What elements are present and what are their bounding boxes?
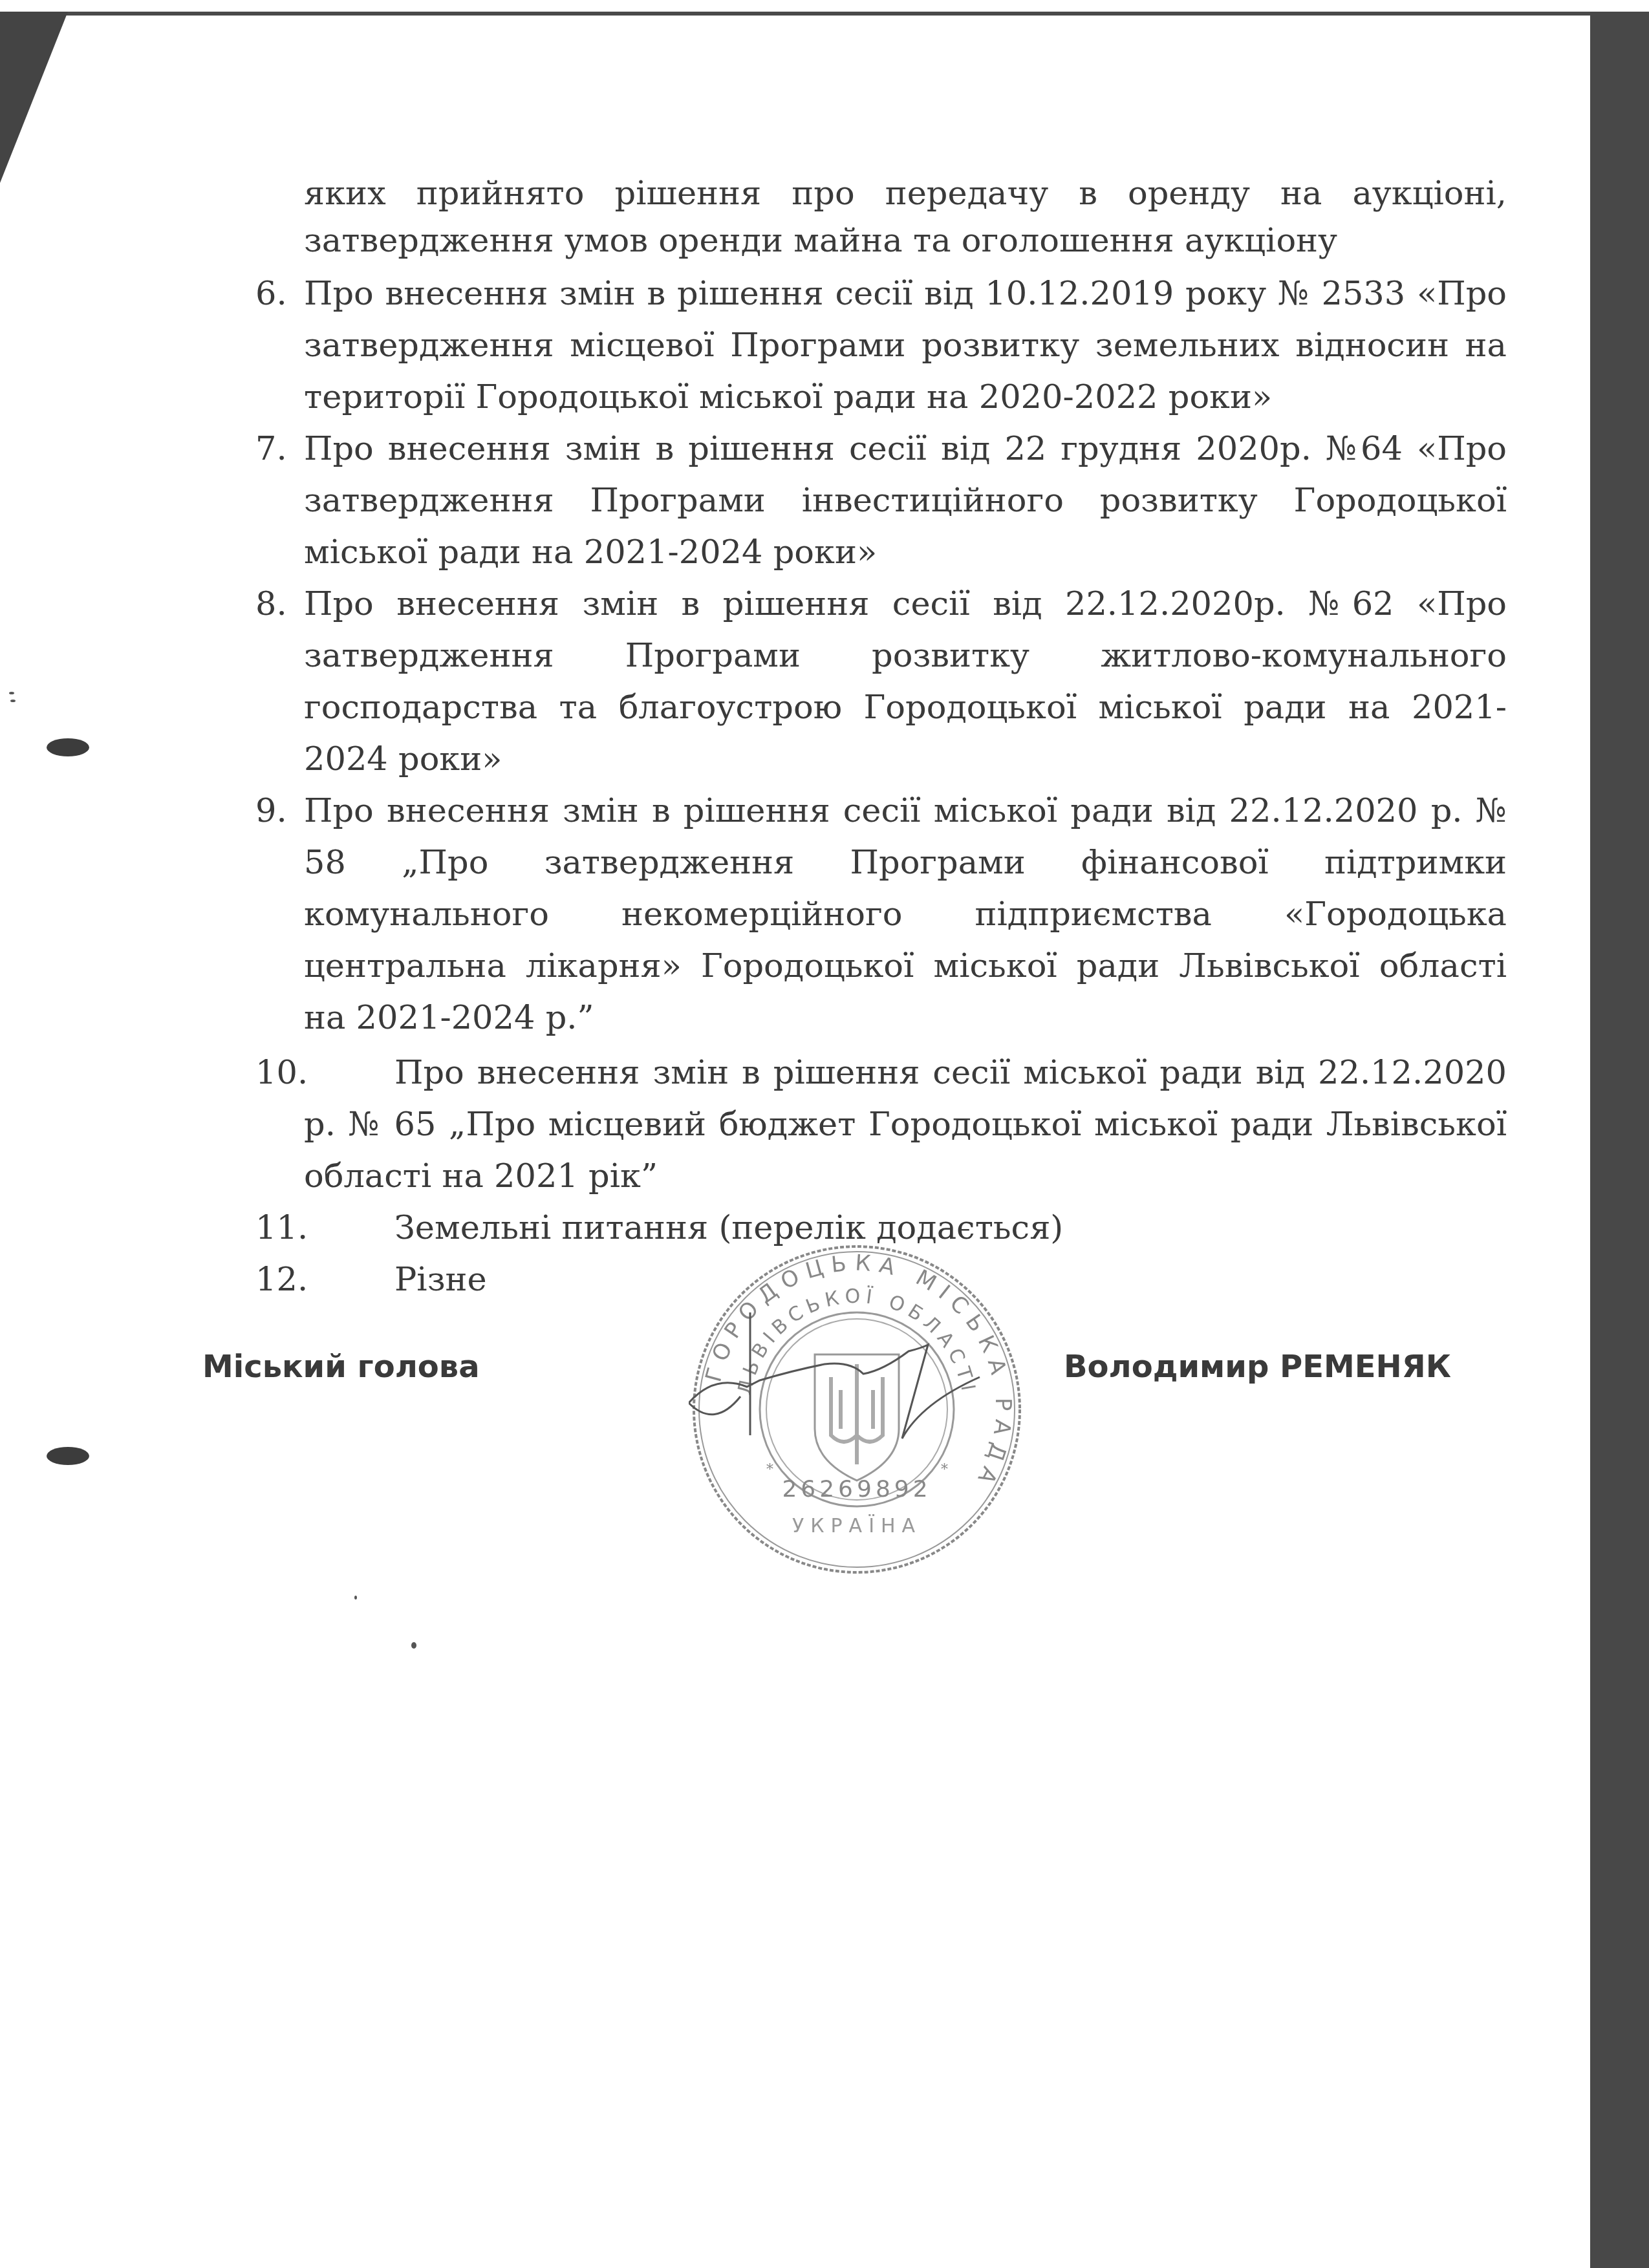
agenda-item-line: області на 2021 рік” (304, 1157, 658, 1196)
item-number: 11. (255, 1209, 308, 1248)
item-number: 7. (255, 430, 287, 469)
agenda-item-line: затвердження місцевої Програми розвитку … (304, 326, 1507, 365)
scan-speck (10, 700, 16, 702)
agenda-item-line: на 2021-2024 р.” (304, 999, 594, 1038)
agenda-item-line: господарства та благоустрою Городоцької … (304, 689, 1507, 727)
item-number: 6. (255, 275, 287, 314)
agenda-item-line: території Городоцької міської ради на 20… (304, 378, 1272, 417)
agenda-item-line: Про внесення змін в рішення сесії місько… (304, 792, 1507, 831)
scan-speck (411, 1642, 416, 1649)
item-number: 9. (255, 792, 287, 831)
agenda-item-line: Різне (394, 1261, 487, 1300)
signatory-position: Міський голова (202, 1349, 480, 1385)
punch-hole-icon (47, 738, 89, 756)
agenda-item-line: 2024 роки» (304, 740, 502, 779)
agenda-item-line: Про внесення змін в рішення сесії від 22… (304, 430, 1507, 469)
signatory-name: Володимир РЕМЕНЯК (1064, 1349, 1451, 1385)
agenda-item-line: центральна лікарня» Городоцької міської … (304, 947, 1507, 986)
scanned-page: яких прийнято рішення про передачу в оре… (0, 0, 1649, 2268)
scan-speck (9, 692, 14, 694)
agenda-item-line: міської ради на 2021-2024 роки» (304, 533, 877, 572)
item-number: 10. (255, 1054, 308, 1093)
scan-corner-shadow (0, 12, 68, 183)
agenda-item-line: 58 „Про затвердження Програми фінансової… (304, 844, 1507, 883)
agenda-item-line: р. № 65 „Про місцевий бюджет Городоцької… (304, 1106, 1507, 1144)
agenda-item-line: комунального некомерційного підприємства… (304, 895, 1507, 934)
continuation-line: яких прийнято рішення про передачу в оре… (304, 175, 1507, 213)
item-number: 12. (255, 1261, 308, 1300)
agenda-item-line: Про внесення змін в рішення сесії місько… (394, 1054, 1507, 1093)
punch-hole-icon (47, 1447, 89, 1465)
official-stamp-icon: ГОРОДОЦЬКА МІСЬКА РАДА ЛЬВІВСЬКОЇ ОБЛАСТ… (689, 1241, 1025, 1578)
item-number: 8. (255, 585, 287, 624)
agenda-item-line: затвердження Програми розвитку житлово-к… (304, 637, 1507, 676)
scan-speck (354, 1596, 357, 1599)
agenda-item-line: Про внесення змін в рішення сесії від 22… (304, 585, 1507, 624)
continuation-line: затвердження умов оренди майна та оголош… (304, 222, 1337, 261)
agenda-item-line: затвердження Програми інвестиційного роз… (304, 482, 1507, 520)
svg-text:*: * (766, 1462, 773, 1478)
svg-text:*: * (941, 1462, 948, 1478)
scan-right-edge (1590, 12, 1649, 2268)
svg-text:УКРАЇНА: УКРАЇНА (792, 1514, 921, 1537)
scan-top-edge (0, 12, 1597, 16)
agenda-item-line: Про внесення змін в рішення сесії від 10… (304, 275, 1507, 314)
